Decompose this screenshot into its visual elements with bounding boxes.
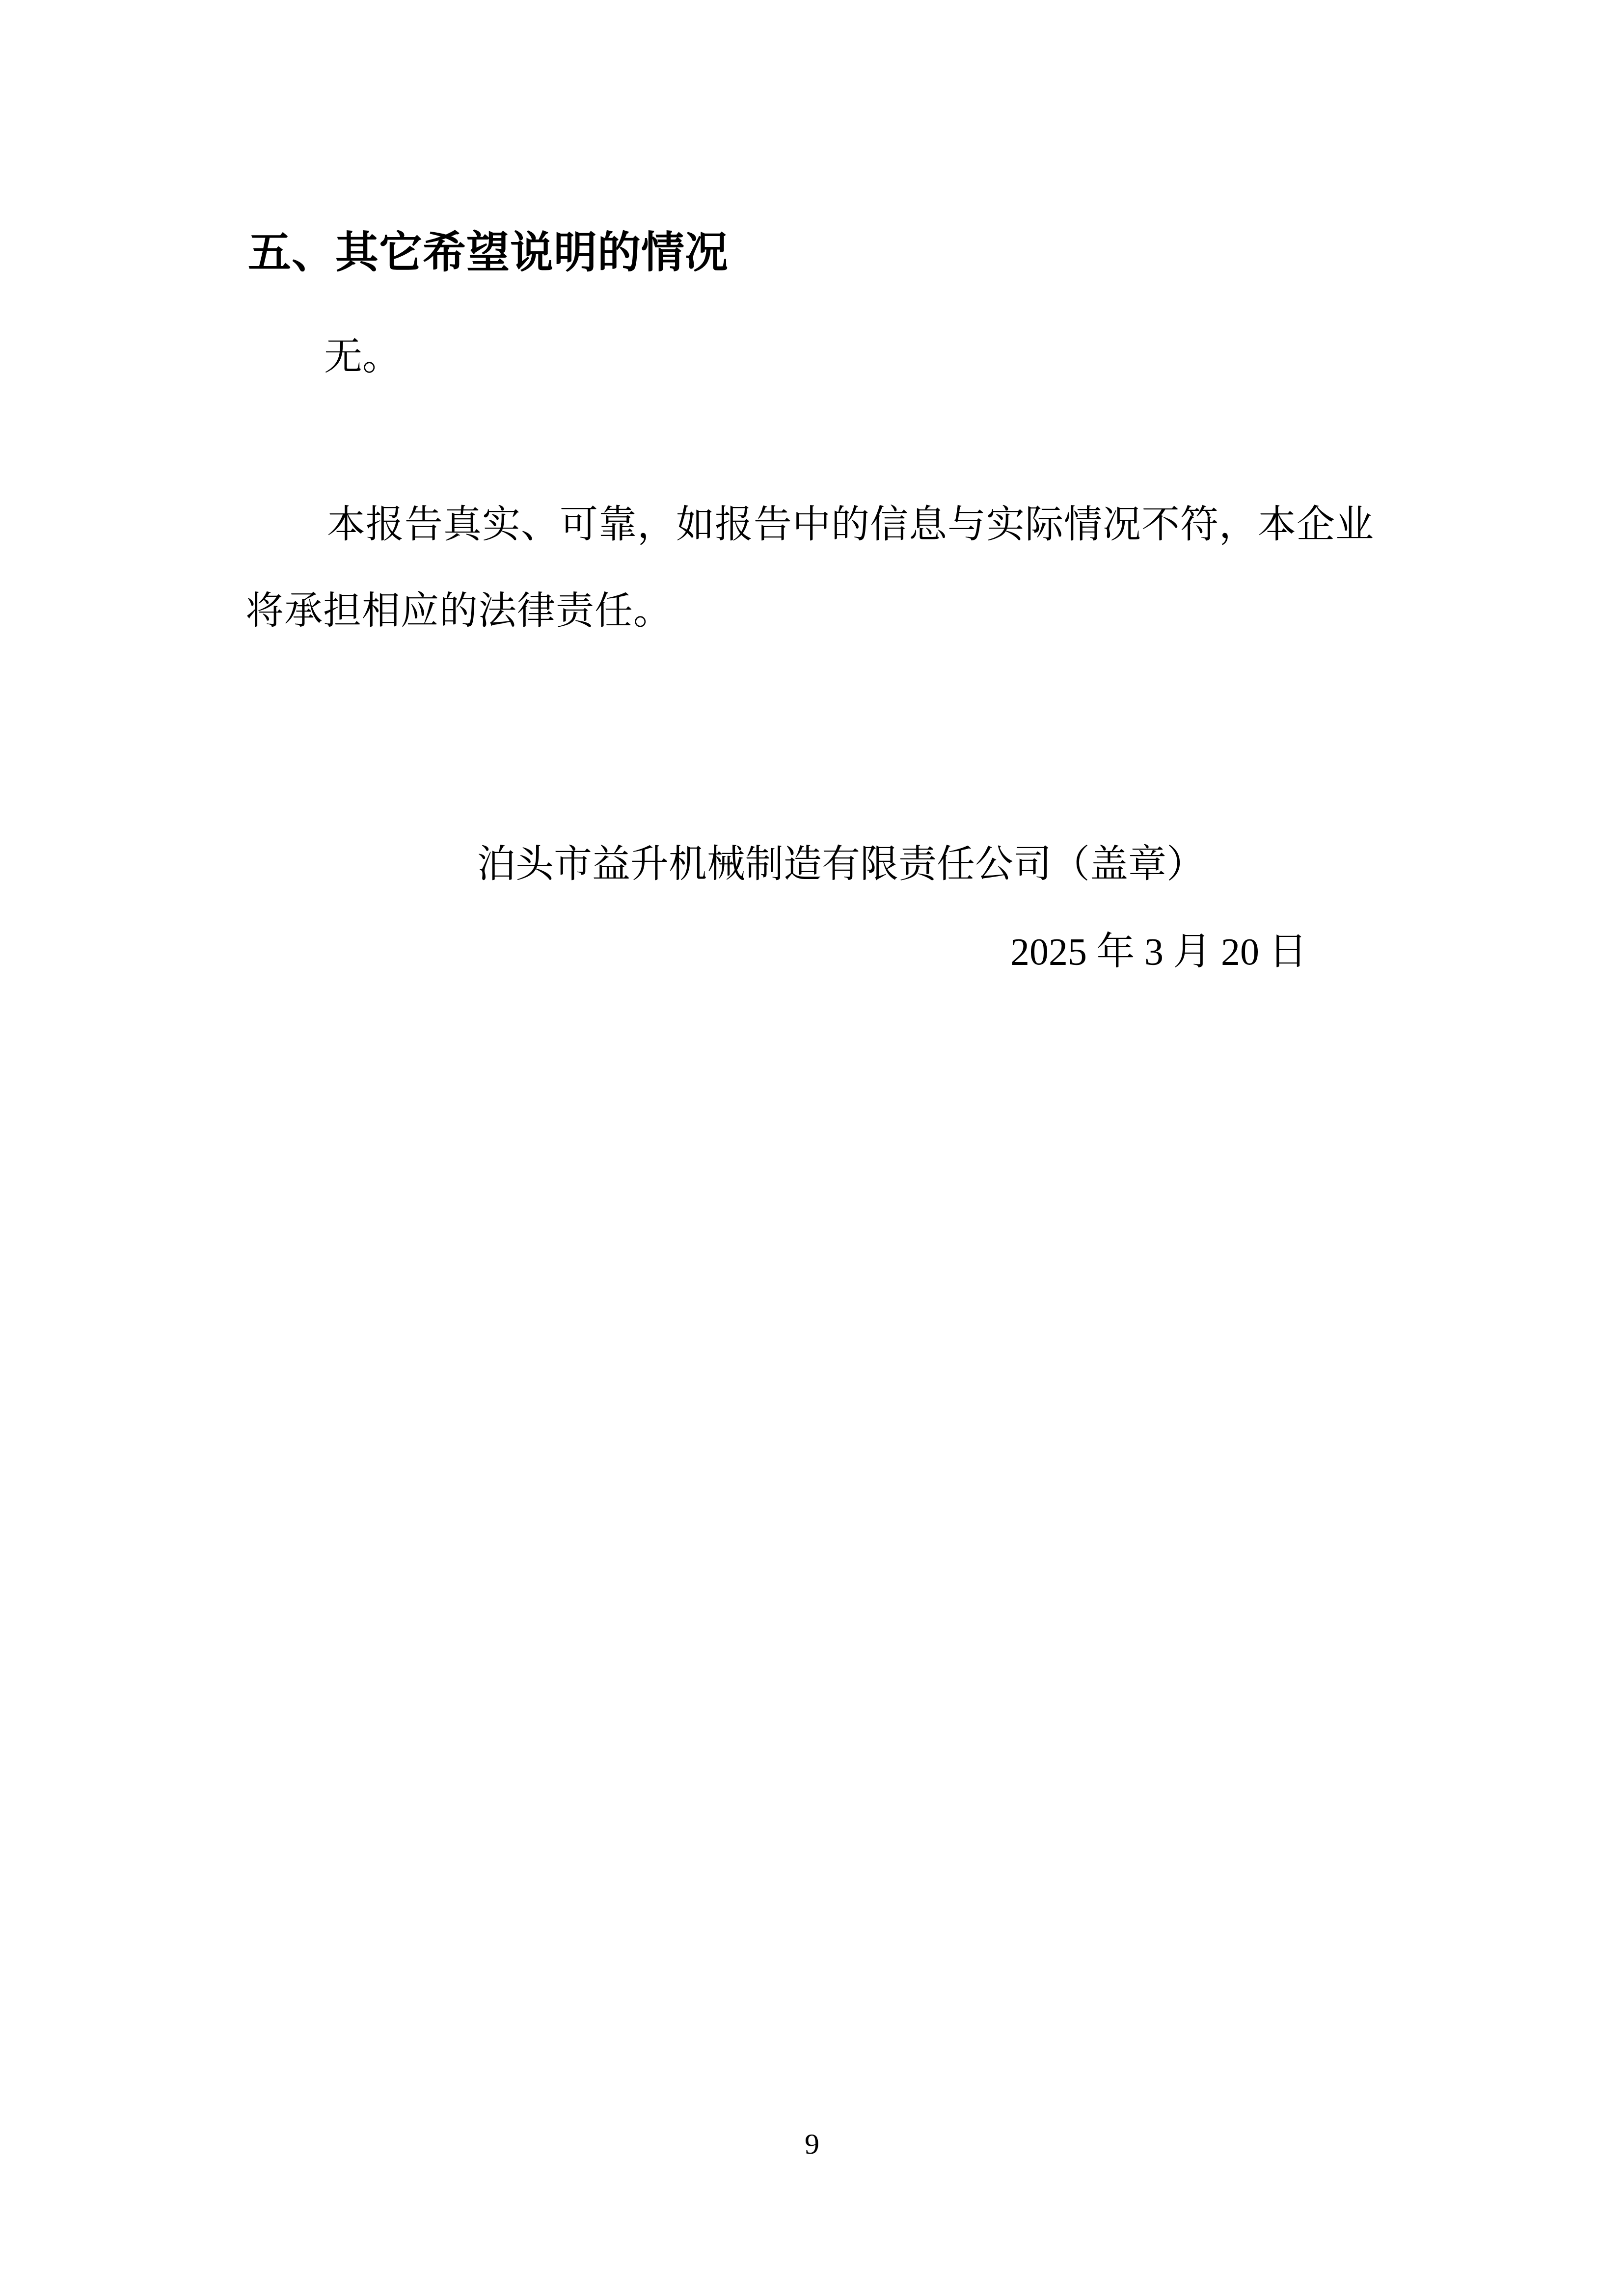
- declaration-line-1: 本报告真实、可靠，如报告中的信息与实际情况不符，本企业: [245, 506, 1374, 544]
- declaration-line-2: 将承担相应的法律责任。: [245, 592, 672, 630]
- signature-date: 2025 年 3 月 20 日: [1010, 933, 1307, 971]
- page-number: 9: [0, 2129, 1624, 2159]
- none-statement: 无。: [324, 338, 401, 376]
- section-heading: 五、其它希望说明的情况: [248, 232, 729, 275]
- company-signature: 泊头市益升机械制造有限责任公司（盖章）: [477, 845, 1205, 883]
- document-page: 五、其它希望说明的情况 无。 本报告真实、可靠，如报告中的信息与实际情况不符，本…: [0, 0, 1624, 2296]
